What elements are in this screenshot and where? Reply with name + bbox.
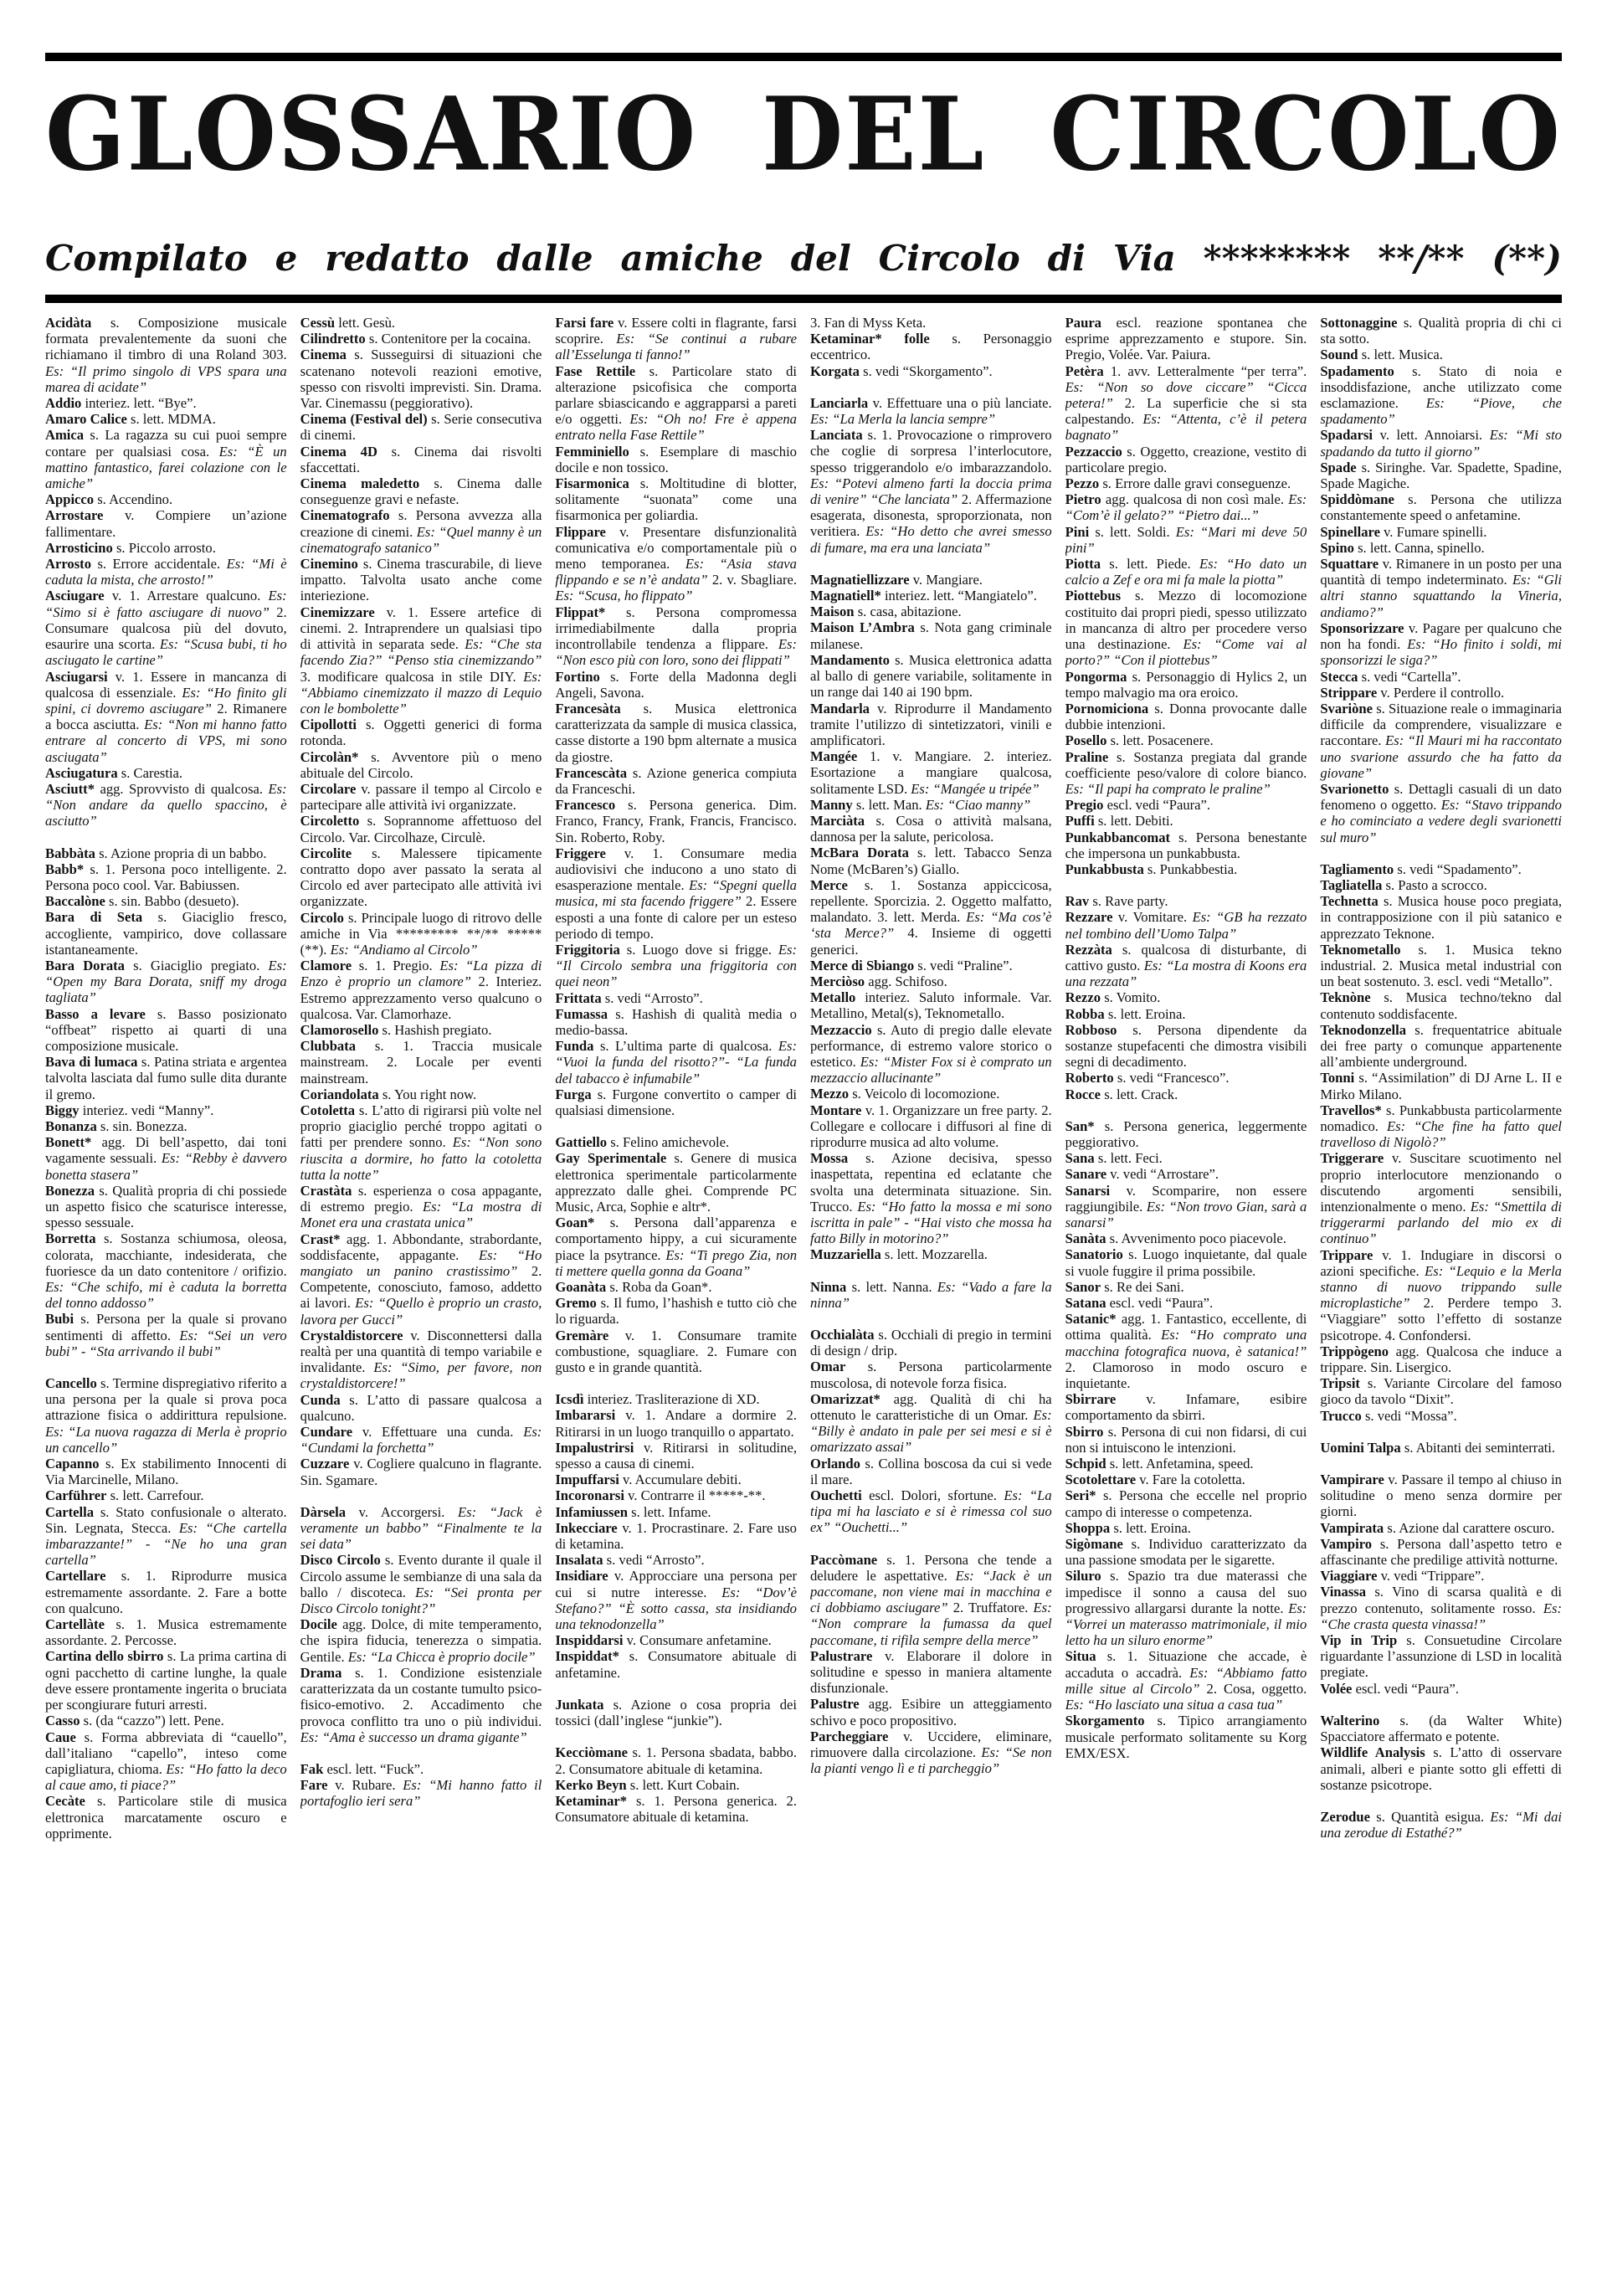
- entry-term: Clubbata: [300, 1038, 356, 1054]
- entry-definition: s. lett. Crack.: [1101, 1086, 1178, 1102]
- entry-term: Punkabbancomat: [1065, 830, 1170, 845]
- glossary-entry: Disco Circolo s. Evento durante il quale…: [300, 1552, 542, 1616]
- glossary-entry: Gay Sperimentale s. Genere di musica ele…: [555, 1150, 797, 1215]
- section-gap: [810, 556, 1052, 572]
- entry-term: Kerko Beyn: [555, 1777, 626, 1793]
- entry-term: Farsi fare: [555, 315, 614, 331]
- entry-term: Korgata: [810, 363, 860, 379]
- glossary-entry: Rav s. Rave party.: [1065, 893, 1307, 909]
- section-gap: [1320, 1793, 1562, 1809]
- entry-definition: s. Siringhe. Var. Spadette, Spadine, Spa…: [1320, 460, 1562, 491]
- entry-term: Palustre: [810, 1696, 860, 1712]
- entry-term: Cartina dello sbirro: [45, 1648, 163, 1664]
- entry-term: Femminiello: [555, 444, 629, 460]
- entry-term: Friggere: [555, 845, 606, 861]
- glossary-entry: Addio interiez. lett. “Bye”.: [45, 395, 287, 411]
- entry-definition: escl. vedi “Paura”.: [1352, 1681, 1459, 1697]
- entry-definition: s. sin. Bonezza.: [97, 1118, 187, 1134]
- entry-term: Ninna: [810, 1279, 846, 1295]
- entry-term: Scotolettare: [1065, 1472, 1136, 1487]
- entry-term: Disco Circolo: [300, 1552, 381, 1568]
- entry-term: Tripsit: [1320, 1375, 1360, 1391]
- glossary-entry: Circoletto s. Soprannome affettuoso del …: [300, 813, 542, 845]
- glossary-entry: Sbirro s. Persona di cui non fidarsi, di…: [1065, 1424, 1307, 1456]
- glossary-entry: Situa s. 1. Situazione che accade, è acc…: [1065, 1648, 1307, 1713]
- entry-definition: escl. vedi “Paura”.: [1103, 797, 1210, 813]
- entry-definition: s. vedi “Mossa”.: [1362, 1408, 1457, 1424]
- subtitle-word: Via: [1113, 241, 1176, 276]
- entry-term: Mezzaccio: [810, 1022, 872, 1038]
- entry-definition: s. lett. Canna, spinello.: [1354, 540, 1485, 556]
- glossary-column: Acidàta s. Composizione musicale formata…: [45, 315, 287, 1841]
- glossary-entry: Scotolettare v. Fare la cotoletta.: [1065, 1472, 1307, 1487]
- glossary-entry: Sanare v. vedi “Arrostare”.: [1065, 1166, 1307, 1182]
- glossary-entry: Ninna s. lett. Nanna. Es: “Vado a fare l…: [810, 1279, 1052, 1311]
- entry-term: Muzzariella: [810, 1246, 881, 1262]
- entry-term: Sottonaggine: [1320, 315, 1397, 331]
- glossary-entry: Parcheggiare v. Uccidere, eliminare, rim…: [810, 1728, 1052, 1777]
- entry-term: Crast*: [300, 1231, 341, 1247]
- entry-term: Robboso: [1065, 1022, 1117, 1038]
- glossary-entry: Punkabbancomat s. Persona benestante che…: [1065, 830, 1307, 861]
- entry-definition: v. Fare la cotoletta.: [1136, 1472, 1245, 1487]
- entry-term: Crystaldistorcere: [300, 1328, 403, 1343]
- entry-term: Inkecciare: [555, 1520, 617, 1536]
- entry-definition: agg. Sprovvisto di qualcosa.: [95, 781, 269, 797]
- entry-term: Cundare: [300, 1424, 352, 1440]
- glossary-entry: Praline s. Sostanza pregiata dal grande …: [1065, 749, 1307, 798]
- glossary-column: Cessù lett. Gesù.Cilindretto s. Contenit…: [300, 315, 542, 1841]
- glossary-entry: Asciugatura s. Carestia.: [45, 765, 287, 781]
- entry-term: Francesàta: [555, 701, 620, 717]
- entry-term: Mezzo: [810, 1086, 849, 1102]
- entry-example: Es: “Scusa, ho flippato”: [555, 588, 692, 604]
- entry-term: Sanarsi: [1065, 1183, 1110, 1199]
- entry-term: Fase Rettile: [555, 363, 635, 379]
- entry-example: Es: “Che schifo, mi è caduta la borretta…: [45, 1279, 287, 1311]
- glossary-entry: Rezzàta s. qualcosa di disturbante, di c…: [1065, 942, 1307, 990]
- entry-term: Manny: [810, 797, 853, 813]
- entry-term: Funda: [555, 1038, 593, 1054]
- glossary-entry: Gremo s. Il fumo, l’hashish e tutto ciò …: [555, 1295, 797, 1327]
- glossary-entry: Spade s. Siringhe. Var. Spadette, Spadin…: [1320, 460, 1562, 491]
- glossary-entry: Acidàta s. Composizione musicale formata…: [45, 315, 287, 395]
- entry-term: Asciugarsi: [45, 669, 108, 685]
- entry-term: Circolo: [300, 910, 344, 926]
- entry-term: Bonezza: [45, 1183, 95, 1199]
- entry-term: Shoppa: [1065, 1520, 1111, 1536]
- entry-term: Goan*: [555, 1215, 594, 1230]
- glossary-entry: Cartina dello sbirro s. La prima cartina…: [45, 1648, 287, 1713]
- entry-term: Francescàta: [555, 765, 627, 781]
- entry-definition: s. lett. Man.: [853, 797, 926, 813]
- entry-term: Montare: [810, 1102, 861, 1118]
- glossary-entry: Femminiello s. Esemplare di maschio doci…: [555, 444, 797, 475]
- glossary-columns: Acidàta s. Composizione musicale formata…: [45, 315, 1562, 1841]
- entry-term: Metallo: [810, 989, 855, 1005]
- entry-definition: s. Piccolo arrosto.: [113, 540, 216, 556]
- entry-term: Tagliatella: [1320, 877, 1382, 893]
- entry-term: Impuffarsi: [555, 1472, 619, 1487]
- entry-definition: v. Effettuare una cunda.: [352, 1424, 523, 1440]
- entry-term: Posello: [1065, 732, 1107, 748]
- entry-term: Travellos*: [1320, 1102, 1381, 1118]
- entry-term: Tonni: [1320, 1070, 1354, 1086]
- glossary-entry: Seri* s. Persona che eccelle nel proprio…: [1065, 1487, 1307, 1519]
- entry-term: Ketaminar* folle: [810, 331, 930, 347]
- entry-term: Piottebus: [1065, 588, 1121, 604]
- entry-term: Pongorma: [1065, 669, 1127, 685]
- entry-term: Cancello: [45, 1375, 97, 1391]
- entry-term: Amaro Calice: [45, 411, 127, 427]
- entry-definition: s. Persona generica, leggermente peggior…: [1065, 1118, 1307, 1150]
- entry-term: Sbirro: [1065, 1424, 1104, 1440]
- entry-term: Sound: [1320, 347, 1358, 362]
- entry-definition: s. vedi “Praline”.: [914, 958, 1013, 973]
- entry-term: Mangée: [810, 748, 857, 764]
- entry-term: Marciàta: [810, 813, 865, 829]
- entry-definition: s. vedi “Francesco”.: [1114, 1070, 1230, 1086]
- subtitle-word: e: [275, 241, 298, 276]
- glossary-entry: Babb* s. 1. Persona poco intelligente. 2…: [45, 861, 287, 893]
- entry-term: Cinemizzare: [300, 604, 375, 620]
- glossary-entry: Pezzo s. Errore dalle gravi conseguenze.: [1065, 475, 1307, 491]
- entry-example: Es: “Ama è successo un drama gigante”: [300, 1729, 527, 1745]
- entry-definition: s. “Assimilation” di DJ Arne L. II e Mir…: [1320, 1070, 1562, 1102]
- glossary-entry: Paccòmane s. 1. Persona che tende a delu…: [810, 1552, 1052, 1648]
- glossary-entry: Pregio escl. vedi “Paura”.: [1065, 797, 1307, 813]
- entry-definition: s. vedi “Cartella”.: [1358, 669, 1461, 685]
- entry-term: Cinemino: [300, 556, 358, 572]
- entry-term: Baccalòne: [45, 893, 105, 909]
- glossary-entry: Inspiddarsi v. Consumare anfetamine.: [555, 1632, 797, 1648]
- glossary-entry: Siluro s. Spazio tra due materassi che i…: [1065, 1568, 1307, 1648]
- glossary-entry: Viaggiare v. vedi “Trippare”.: [1320, 1568, 1562, 1584]
- entry-definition: v. 1. Arrestare qualcuno.: [105, 588, 269, 604]
- glossary-entry: Francesco s. Persona generica. Dim. Fran…: [555, 797, 797, 845]
- entry-term: Rav: [1065, 893, 1090, 909]
- entry-term: Siluro: [1065, 1568, 1101, 1584]
- entry-term: Crastàta: [300, 1183, 352, 1199]
- entry-term: Cotoletta: [300, 1102, 355, 1118]
- glossary-entry: Cotoletta s. L’atto di rigirarsi più vol…: [300, 1102, 542, 1183]
- section-gap: [1065, 1102, 1307, 1118]
- entry-term: Paccòmane: [810, 1552, 877, 1568]
- entry-definition: 2. Truffatore.: [948, 1600, 1034, 1615]
- title-word: GLOSSARIO: [45, 85, 697, 186]
- entry-term: Teknodonzella: [1320, 1022, 1406, 1038]
- entry-term: Cessù: [300, 315, 336, 331]
- glossary-entry: Circolo s. Principale luogo di ritrovo d…: [300, 910, 542, 958]
- section-gap: [555, 1728, 797, 1744]
- entry-term: Satanic*: [1065, 1311, 1117, 1327]
- glossary-entry: Vip in Trip s. Consuetudine Circolare ri…: [1320, 1632, 1562, 1681]
- entry-term: Merciòso: [810, 973, 865, 989]
- entry-example: Es: “Ho lasciato una situa a casa tua”: [1065, 1697, 1283, 1713]
- entry-definition: escl. lett. “Fuck”.: [323, 1761, 424, 1777]
- entry-term: Cartellare: [45, 1568, 105, 1584]
- glossary-entry: Vampirare v. Passare il tempo al chiuso …: [1320, 1472, 1562, 1520]
- glossary-column: Sottonaggine s. Qualità propria di chi c…: [1320, 315, 1562, 1841]
- entry-definition: s. Carestia.: [118, 765, 182, 781]
- entry-term: Vip in Trip: [1320, 1632, 1397, 1648]
- entry-term: Cipollotti: [300, 717, 357, 732]
- entry-term: Cinema (Festival del): [300, 411, 428, 427]
- entry-example: Es: “Il papi ha comprato le praline”: [1065, 781, 1271, 797]
- bottom-rule: [45, 295, 1562, 303]
- glossary-entry: Drama s. 1. Condizione esistenziale cara…: [300, 1665, 542, 1745]
- glossary-entry: Frittata s. vedi “Arrosto”.: [555, 990, 797, 1006]
- entry-definition: s. Persona che eccelle nel proprio campo…: [1065, 1487, 1307, 1519]
- entry-definition: s. L’ultima parte di qualcosa.: [593, 1038, 778, 1054]
- glossary-entry: Walterino s. (da Walter White) Spacciato…: [1320, 1713, 1562, 1744]
- entry-term: Addio: [45, 395, 81, 411]
- glossary-entry: Squattare v. Rimanere in un posto per un…: [1320, 556, 1562, 620]
- entry-term: Inspiddat*: [555, 1648, 619, 1664]
- entry-definition: s. lett. Debiti.: [1095, 813, 1173, 829]
- entry-definition: lett. Gesù.: [335, 315, 395, 331]
- glossary-entry: Docile agg. Dolce, di mite temperamento,…: [300, 1616, 542, 1665]
- entry-term: Carführer: [45, 1487, 106, 1503]
- glossary-entry: Cinema 4D s. Cinema dai risvolti sfaccet…: [300, 444, 542, 475]
- entry-term: Appicco: [45, 491, 94, 507]
- glossary-entry: Omarizzat* agg. Qualità di chi ha ottenu…: [810, 1391, 1052, 1456]
- glossary-entry: Sana s. lett. Feci.: [1065, 1150, 1307, 1166]
- glossary-entry: Arrosto s. Errore accidentale. Es: “Mi è…: [45, 556, 287, 588]
- glossary-entry: Lanciata s. 1. Provocazione o rimprovero…: [810, 427, 1052, 556]
- section-gap: [810, 1311, 1052, 1327]
- entry-definition: s. Accendino.: [94, 491, 172, 507]
- glossary-entry: Pietro agg. qualcosa di non così male. E…: [1065, 491, 1307, 523]
- glossary-entry: Volée escl. vedi “Paura”.: [1320, 1681, 1562, 1697]
- glossary-entry: Icsdì interiez. Trasliterazione di XD.: [555, 1391, 797, 1407]
- glossary-entry: Magnatiell* interiez. lett. “Mangiatelo”…: [810, 588, 1052, 604]
- entry-definition: interiez. vedi “Manny”.: [80, 1102, 214, 1118]
- glossary-entry: Tagliatella s. Pasto a scrocco.: [1320, 877, 1562, 893]
- entry-term: Schpid: [1065, 1456, 1106, 1472]
- entry-definition: s. lett. Musica.: [1358, 347, 1443, 362]
- entry-term: Casso: [45, 1713, 80, 1728]
- section-gap: [45, 1359, 287, 1375]
- entry-term: Uomini Talpa: [1320, 1440, 1400, 1456]
- entry-term: Zerodue: [1320, 1809, 1370, 1825]
- entry-term: Vampirata: [1320, 1520, 1384, 1536]
- section-gap: [45, 830, 287, 845]
- glossary-entry: Fase Rettile s. Particolare stato di alt…: [555, 363, 797, 444]
- glossary-entry: Cinema (Festival del) s. Serie consecuti…: [300, 411, 542, 443]
- glossary-entry: Roberto s. vedi “Francesco”.: [1065, 1070, 1307, 1086]
- entry-term: Cinematografo: [300, 507, 390, 523]
- subtitle-word: Circolo: [879, 241, 1020, 276]
- entry-term: Docile: [300, 1616, 337, 1632]
- entry-term: Clamorosello: [300, 1022, 379, 1038]
- entry-definition: v. lett. Annoiarsi.: [1373, 427, 1490, 443]
- entry-definition: s. lett. MDMA.: [127, 411, 216, 427]
- glossary-entry: Bonanza s. sin. Bonezza.: [45, 1118, 287, 1134]
- glossary-entry: Amica s. La ragazza su cui puoi sempre c…: [45, 427, 287, 491]
- entry-definition: s. vedi “Skorgamento”.: [860, 363, 993, 379]
- entry-term: Capanno: [45, 1456, 100, 1472]
- glossary-entry: Ketaminar* folle s. Personaggio eccentri…: [810, 331, 1052, 362]
- entry-term: Svariòne: [1320, 701, 1373, 717]
- glossary-entry: Ouchetti escl. Dolori, sfortune. Es: “La…: [810, 1487, 1052, 1536]
- entry-term: Inspiddarsi: [555, 1632, 623, 1648]
- glossary-entry: Teknodonzella s. frequentatrice abituale…: [1320, 1022, 1562, 1071]
- glossary-entry: Sanor s. Re dei Sani.: [1065, 1279, 1307, 1295]
- entry-definition: s. lett. Carrefour.: [106, 1487, 203, 1503]
- glossary-entry: Trippògeno agg. Qualcosa che induce a tr…: [1320, 1343, 1562, 1375]
- section-gap: [810, 1263, 1052, 1279]
- entry-term: Asciugatura: [45, 765, 118, 781]
- glossary-entry: Cinematografo s. Persona avvezza alla cr…: [300, 507, 542, 556]
- glossary-entry: Palustrare v. Elaborare il dolore in sol…: [810, 1648, 1052, 1697]
- entry-term: Teknòne: [1320, 989, 1370, 1005]
- entry-term: Coriandolata: [300, 1086, 379, 1102]
- entry-term: Fortino: [555, 669, 599, 685]
- glossary-entry: Flippare v. Presentare disfunzionalità c…: [555, 524, 797, 604]
- entry-term: Maison L’Ambra: [810, 619, 915, 635]
- glossary-entry: Circolite s. Malessere tipicamente contr…: [300, 845, 542, 910]
- entry-definition: s. Vomito.: [1101, 989, 1160, 1005]
- subtitle-word: del: [791, 241, 851, 276]
- entry-term: Rezzàta: [1065, 942, 1112, 958]
- section-gap: [555, 1681, 797, 1697]
- entry-term: Bonett*: [45, 1134, 91, 1150]
- glossary-entry: Circolàn* s. Avventore più o meno abitua…: [300, 749, 542, 781]
- entry-term: McBara Dorata: [810, 845, 909, 860]
- entry-term: Sponsorizzare: [1320, 620, 1404, 636]
- entry-term: Rezzo: [1065, 989, 1101, 1005]
- entry-definition: 1. avv. Letteralmente “per terra”.: [1104, 363, 1307, 379]
- subtitle-word: ********: [1204, 241, 1351, 276]
- entry-term: Spino: [1320, 540, 1354, 556]
- glossary-entry: Magnatiellizzare v. Mangiare.: [810, 572, 1052, 588]
- entry-term: Pini: [1065, 524, 1090, 540]
- glossary-entry: Appicco s. Accendino.: [45, 491, 287, 507]
- section-gap: [555, 1375, 797, 1391]
- subtitle-word: (**): [1491, 241, 1562, 276]
- entry-definition: agg. qualcosa di non così male.: [1101, 491, 1289, 507]
- entry-term: Basso a levare: [45, 1006, 146, 1022]
- glossary-entry: Imbararsi v. 1. Andare a dormire 2. Riti…: [555, 1407, 797, 1439]
- entry-term: Trippare: [1320, 1247, 1373, 1263]
- glossary-entry: Incoronarsi v. Contrarre il *****-**.: [555, 1487, 797, 1503]
- glossary-entry: Manny s. lett. Man. Es: “Ciao manny”: [810, 797, 1052, 813]
- glossary-entry: Borretta s. Sostanza schiumosa, oleosa, …: [45, 1230, 287, 1311]
- glossary-entry: Clamore s. 1. Pregio. Es: “La pizza di E…: [300, 958, 542, 1022]
- glossary-entry: Furga s. Furgone convertito o camper di …: [555, 1086, 797, 1118]
- glossary-entry: Mezzo s. Veicolo di locomozione.: [810, 1086, 1052, 1102]
- entry-definition: s. (da “cazzo”) lett. Pene.: [80, 1713, 224, 1728]
- entry-term: Robba: [1065, 1006, 1105, 1022]
- glossary-entry: Gattiello s. Felino amichevole.: [555, 1134, 797, 1150]
- entry-term: Fare: [300, 1777, 328, 1793]
- glossary-entry: Trucco s. vedi “Mossa”.: [1320, 1408, 1562, 1424]
- entry-definition: v. Accumulare debiti.: [619, 1472, 742, 1487]
- entry-term: Insalata: [555, 1552, 603, 1568]
- entry-definition: s. Abitanti dei seminterrati.: [1401, 1440, 1555, 1456]
- page-subtitle: Compilato e redatto dalle amiche del Cir…: [45, 241, 1562, 276]
- entry-term: Cuzzare: [300, 1456, 350, 1472]
- title-word: CIRCOLO: [1050, 85, 1562, 186]
- entry-definition: escl. Dolori, sfortune.: [862, 1487, 1004, 1503]
- entry-definition: s. vedi “Arrosto”.: [603, 1552, 705, 1568]
- glossary-entry: Inspiddat* s. Consumatore abituale di an…: [555, 1648, 797, 1680]
- entry-term: Spadamento: [1320, 363, 1394, 379]
- glossary-entry: Insalata s. vedi “Arrosto”.: [555, 1552, 797, 1568]
- entry-term: Paura: [1065, 315, 1101, 331]
- entry-definition: s. Punkabbestia.: [1144, 861, 1238, 877]
- glossary-entry: Trippare v. 1. Indugiare in discorsi o a…: [1320, 1247, 1562, 1343]
- entry-term: Piotta: [1065, 556, 1101, 572]
- entry-definition: s. Contenitore per la cocaina.: [366, 331, 531, 347]
- glossary-entry: Cipollotti s. Oggetti generici di forma …: [300, 717, 542, 748]
- subtitle-word: **/**: [1378, 241, 1464, 276]
- entry-definition: s. 1. Pregio.: [352, 958, 439, 973]
- glossary-entry: Sponsorizzare v. Pagare per qualcuno che…: [1320, 620, 1562, 669]
- glossary-entry: Palustre agg. Esibire un atteggiamento s…: [810, 1696, 1052, 1728]
- glossary-entry: Uomini Talpa s. Abitanti dei seminterrat…: [1320, 1440, 1562, 1456]
- glossary-entry: Orlando s. Collina boscosa da cui si ved…: [810, 1456, 1052, 1487]
- glossary-entry: Capanno s. Ex stabilimento Innocenti di …: [45, 1456, 287, 1487]
- glossary-entry: Fak escl. lett. “Fuck”.: [300, 1761, 542, 1777]
- glossary-entry: Robba s. lett. Eroina.: [1065, 1006, 1307, 1022]
- entry-term: Gremàre: [555, 1328, 608, 1343]
- glossary-entry: Bubi s. Persona per la quale si provano …: [45, 1311, 287, 1359]
- glossary-entry: Omar s. Persona particolarmente muscolos…: [810, 1359, 1052, 1390]
- entry-term: Mandarla: [810, 701, 870, 717]
- glossary-entry: Mandarla v. Riprodurre il Mandamento tra…: [810, 701, 1052, 749]
- entry-definition: s. sin. Babbo (desueto).: [105, 893, 239, 909]
- entry-term: Circolite: [300, 845, 352, 861]
- entry-definition: s. lett. Posacenere.: [1106, 732, 1213, 748]
- entry-term: Spade: [1320, 460, 1356, 475]
- entry-term: Rezzare: [1065, 909, 1113, 925]
- page-title: GLOSSARIO DEL CIRCOLO: [45, 85, 1562, 186]
- entry-term: Omarizzat*: [810, 1391, 881, 1407]
- section-gap: [1320, 1456, 1562, 1472]
- glossary-entry: Muzzariella s. lett. Mozzarella.: [810, 1246, 1052, 1262]
- entry-term: Omar: [810, 1359, 845, 1374]
- entry-term: Seri*: [1065, 1487, 1096, 1503]
- entry-term: Cinema maledetto: [300, 475, 420, 491]
- glossary-entry: Caue s. Forma abbreviata di “cauello”, d…: [45, 1729, 287, 1794]
- entry-term: Fak: [300, 1761, 324, 1777]
- glossary-entry: Puffi s. lett. Debiti.: [1065, 813, 1307, 829]
- glossary-entry: Asciugarsi v. 1. Essere in mancanza di q…: [45, 669, 287, 765]
- entry-term: Impalustrirsi: [555, 1440, 634, 1456]
- entry-definition: s. Roba da Goan*.: [606, 1279, 711, 1295]
- glossary-entry: Spiddòmane s. Persona che utilizza const…: [1320, 491, 1562, 523]
- glossary-entry: Sanatorio s. Luogo inquietante, dal qual…: [1065, 1246, 1307, 1278]
- glossary-entry: Sanàta s. Avvenimento poco piacevole.: [1065, 1230, 1307, 1246]
- entry-term: Cinema 4D: [300, 444, 377, 460]
- entry-term: Sanatorio: [1065, 1246, 1123, 1262]
- glossary-entry: Cartellare s. 1. Riprodurre musica estre…: [45, 1568, 287, 1616]
- entry-term: Circolàn*: [300, 749, 359, 765]
- glossary-entry: Stecca s. vedi “Cartella”.: [1320, 669, 1562, 685]
- entry-term: Orlando: [810, 1456, 860, 1472]
- glossary-entry: Vampiro s. Persona dall’aspetto tetro e …: [1320, 1536, 1562, 1568]
- entry-term: Incoronarsi: [555, 1487, 624, 1503]
- glossary-entry: Shoppa s. lett. Eroina.: [1065, 1520, 1307, 1536]
- entry-term: Lanciata: [810, 427, 863, 443]
- entry-term: Circolare: [300, 781, 357, 797]
- glossary-entry: Fisarmonica s. Moltitudine di blotter, s…: [555, 475, 797, 524]
- glossary-entry: Tripsit s. Variante Circolare del famoso…: [1320, 1375, 1562, 1407]
- glossary-entry: Baccalòne s. sin. Babbo (desueto).: [45, 893, 287, 909]
- glossary-entry: Wildlife Analysis s. L’atto di osservare…: [1320, 1744, 1562, 1793]
